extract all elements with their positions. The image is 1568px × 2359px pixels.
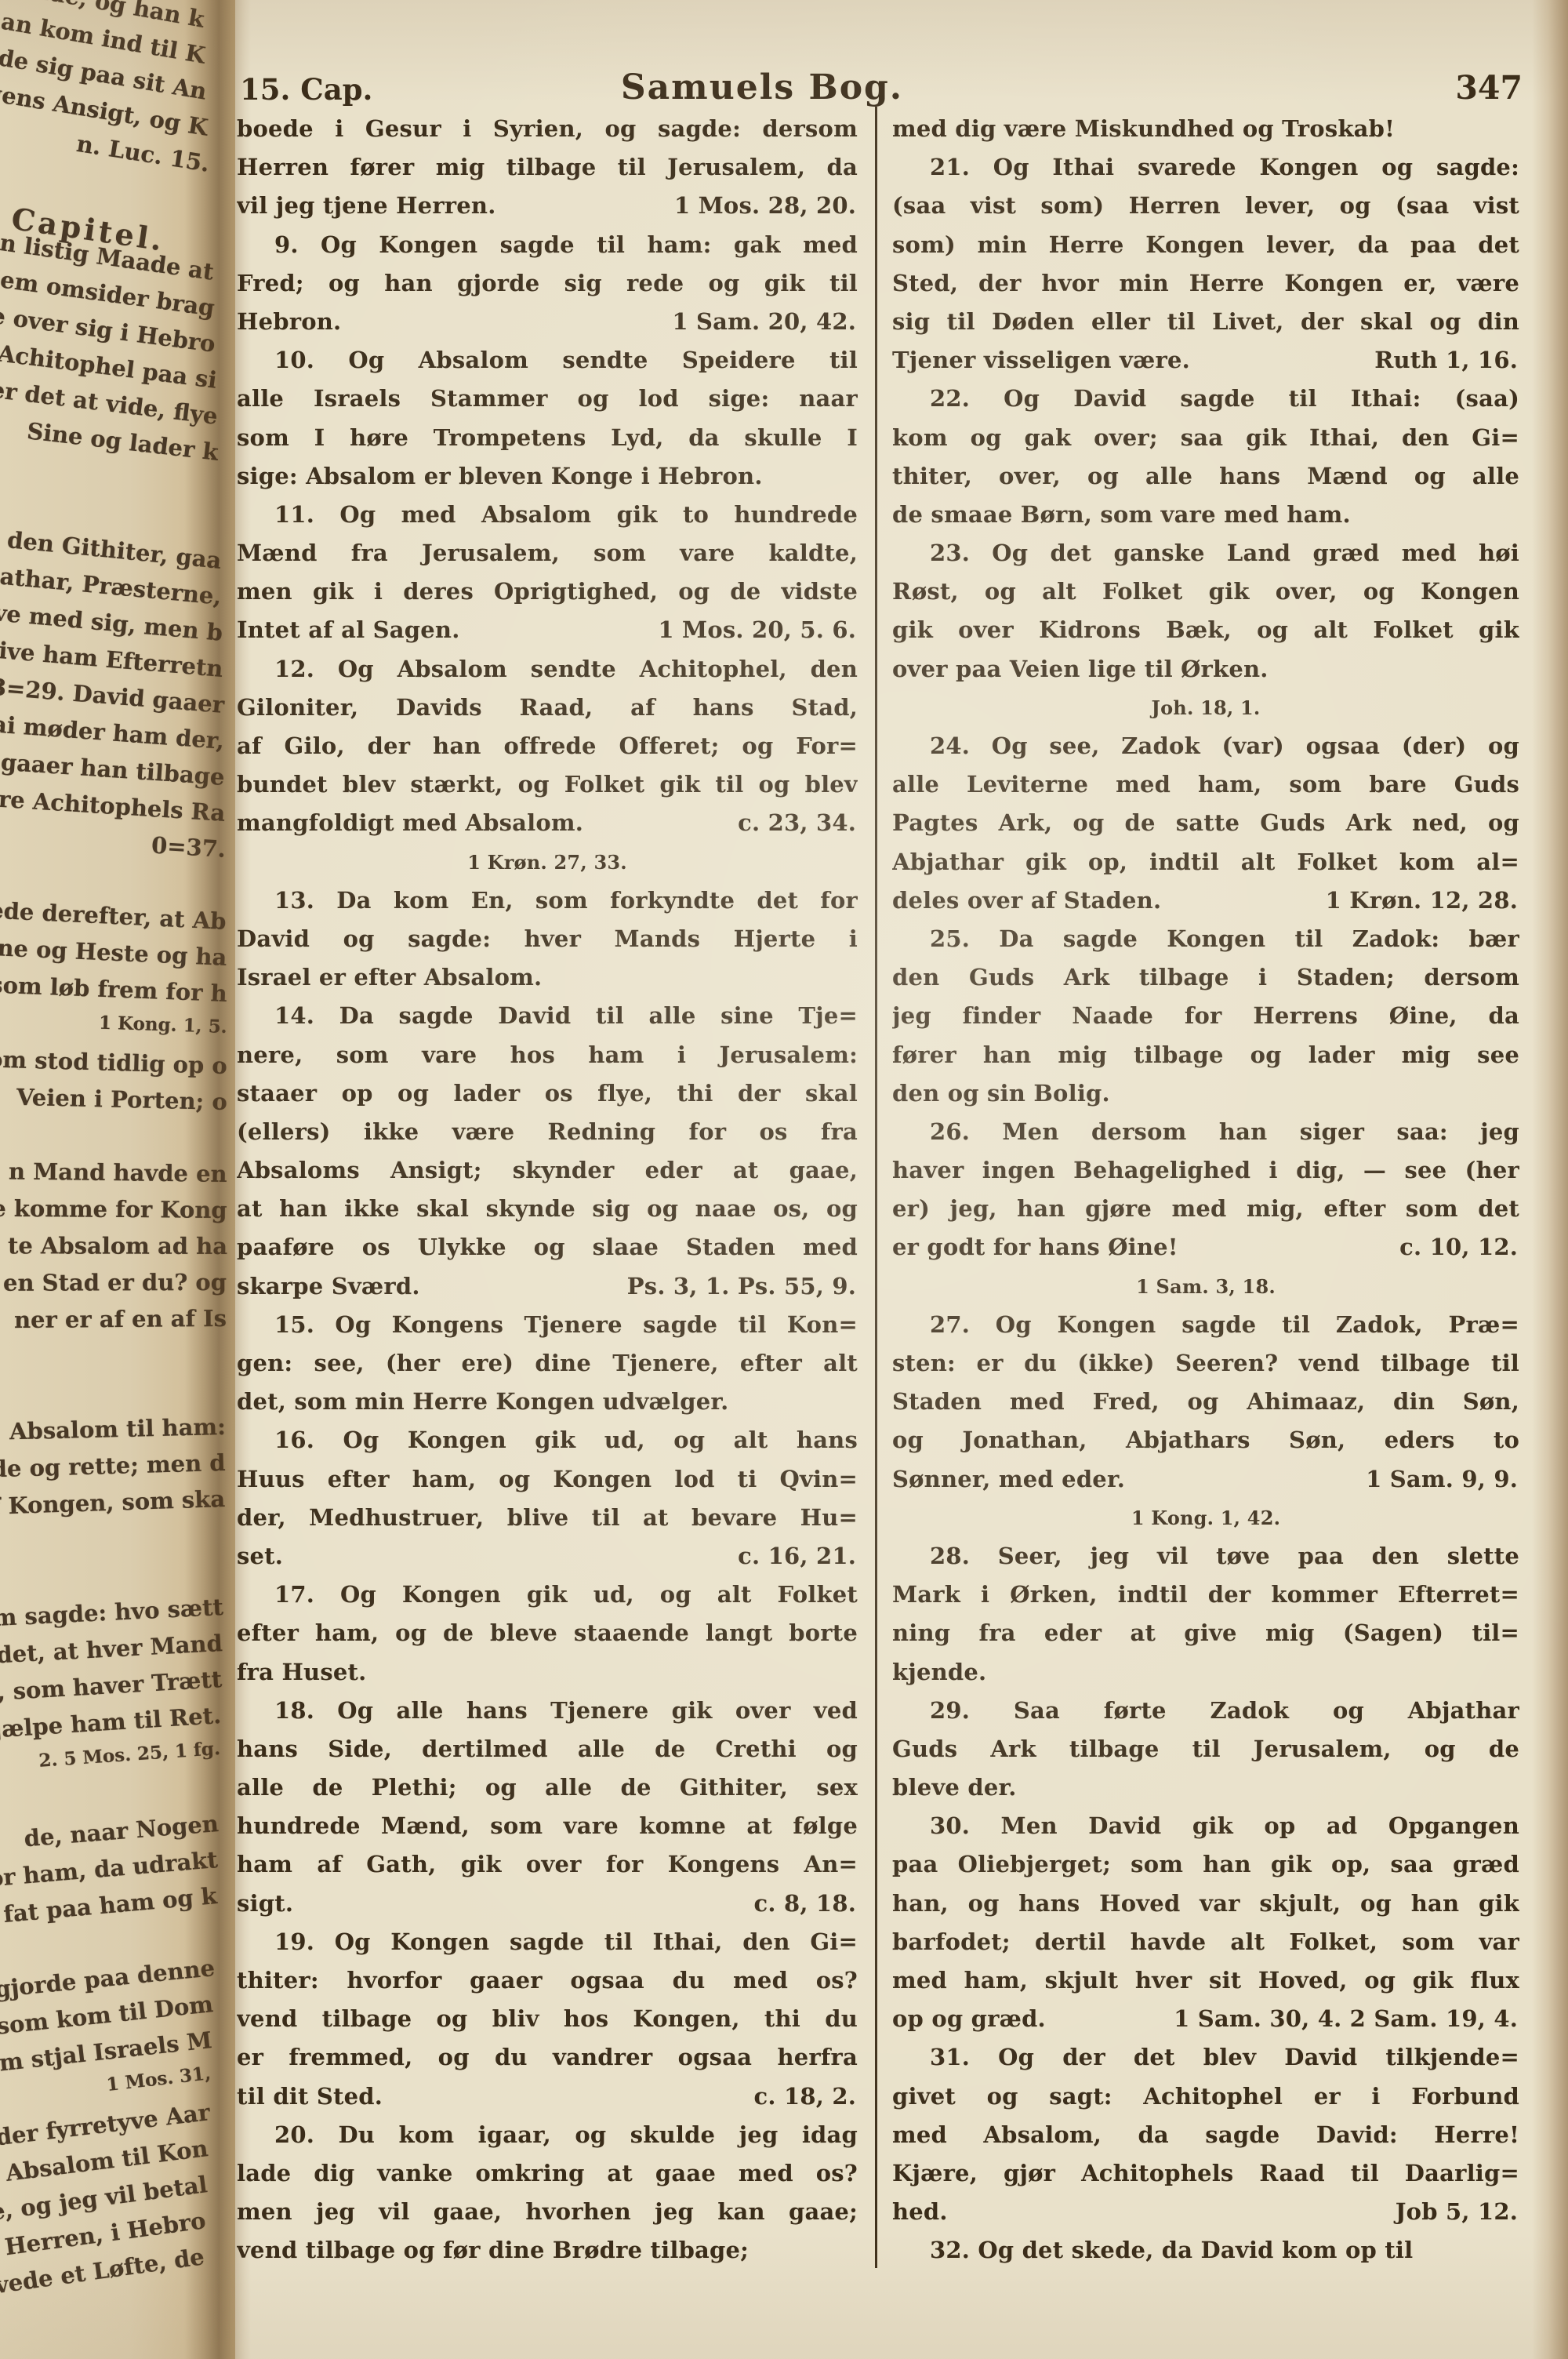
- text-line: bleve der.: [892, 1768, 1519, 1807]
- prev-page-text-fragment: gode og rette; men d: [0, 1449, 226, 1483]
- cross-reference: c. 18, 2.: [754, 2077, 858, 2116]
- prev-page-text-fragment: 1 Mos. 31,: [105, 2063, 212, 2095]
- text-line: thiter: hvorfor gaaer ogsaa du med os?: [237, 1961, 858, 2000]
- prev-page-text-fragment: de komme for Kong: [0, 1195, 227, 1223]
- verse-start-line: 32. Og det skede, da David kom op til: [892, 2231, 1519, 2270]
- text-line: Staden med Fred, og Ahimaaz, din Søn,: [892, 1383, 1519, 1421]
- reference-line: 1 Sam. 3, 18.: [892, 1267, 1519, 1306]
- text-line: det, som min Herre Kongen udvælger.: [237, 1383, 858, 1421]
- text-line: hundrede Mænd, som vare komne at følge: [237, 1807, 858, 1845]
- text-line: Mark i Ørken, indtil der kommer Efterret…: [892, 1576, 1519, 1614]
- verse-text: op og græd.: [892, 2000, 1046, 2038]
- page-edge-shadow: [1532, 0, 1568, 2359]
- verse-end-line: hed.Job 5, 12.: [892, 2193, 1519, 2231]
- prev-page-text-fragment: af Kongen, som ska: [0, 1485, 225, 1520]
- text-line: han, og hans Hoved var skjult, og han gi…: [892, 1885, 1519, 1923]
- text-line: Fred; og han gjorde sig rede og gik til: [237, 264, 858, 303]
- text-line: de smaae Børn, som vare med ham.: [892, 496, 1519, 534]
- verse-end-line: mangfoldigt med Absalom.c. 23, 34.: [237, 804, 858, 842]
- verse-text: set.: [237, 1537, 283, 1576]
- text-line: barfodet; dertil havde alt Folket, som v…: [892, 1923, 1519, 1961]
- verse-start-line: 11. Og med Absalom gik to hundrede: [237, 496, 858, 534]
- verse-end-line: er godt for hans Øine!c. 10, 12.: [892, 1228, 1519, 1267]
- verse-end-line: vil jeg tjene Herren.1 Mos. 28, 20.: [237, 187, 858, 225]
- text-line: paa Oliebjerget; som han gik op, saa græ…: [892, 1845, 1519, 1884]
- text-line: gik over Kidrons Bæk, og alt Folket gik: [892, 611, 1519, 649]
- verse-start-line: 20. Du kom igaar, og skulde jeg idag: [237, 2116, 858, 2154]
- text-line: alle Leviterne med ham, som bare Guds: [892, 765, 1519, 804]
- text-line: kom og gak over; saa gik Ithai, den Gi=: [892, 419, 1519, 457]
- text-line: sig til Døden eller til Livet, der skal …: [892, 303, 1519, 341]
- text-line: men gik i deres Oprigtighed, og de vidst…: [237, 572, 858, 611]
- verse-start-line: 22. Og David sagde til Ithai: (saa): [892, 380, 1519, 418]
- text-line: boede i Gesur i Syrien, og sagde: dersom: [237, 110, 858, 148]
- text-line: kjende.: [892, 1653, 1519, 1692]
- cross-reference: c. 23, 34.: [738, 804, 858, 842]
- verse-start-line: 27. Og Kongen sagde til Zadok, Præ=: [892, 1306, 1519, 1344]
- prev-page-text-fragment: 1 Kong. 1, 5.: [99, 1012, 227, 1038]
- text-line: Røst, og alt Folket gik over, og Kongen: [892, 572, 1519, 611]
- verse-text: deles over af Staden.: [892, 881, 1161, 920]
- verse-end-line: Intet af al Sagen.1 Mos. 20, 5. 6.: [237, 611, 858, 649]
- verse-start-line: 13. Da kom En, som forkyndte det for: [237, 881, 858, 920]
- text-line: haver ingen Behagelighed i dig, — see (h…: [892, 1151, 1519, 1190]
- prev-page-text-fragment: , som løb frem for h: [0, 971, 227, 1007]
- text-line: den og sin Bolig.: [892, 1074, 1519, 1113]
- verse-start-line: 19. Og Kongen sagde til Ithai, den Gi=: [237, 1923, 858, 1961]
- cross-reference: Ruth 1, 16.: [1374, 341, 1519, 380]
- cross-reference: 1 Mos. 28, 20.: [674, 187, 858, 225]
- prev-page-text-fragment: te Absalom ad ha: [8, 1232, 227, 1259]
- reference-line: 1 Krøn. 27, 33.: [237, 843, 858, 881]
- text-line: over paa Veien lige til Ørken.: [892, 650, 1519, 689]
- reference-line: 1 Kong. 1, 42.: [892, 1499, 1519, 1537]
- text-line: sten: er du (ikke) Seeren? vend tilbage …: [892, 1344, 1519, 1383]
- verse-text: er godt for hans Øine!: [892, 1228, 1178, 1267]
- verse-end-line: set.c. 16, 21.: [237, 1537, 858, 1576]
- verse-end-line: til dit Sted.c. 18, 2.: [237, 2077, 858, 2116]
- text-line: som I høre Trompetens Lyd, da skulle I: [237, 419, 858, 457]
- verse-start-line: 26. Men dersom han siger saa: jeg: [892, 1113, 1519, 1151]
- verse-start-line: 14. Da sagde David til alle sine Tje=: [237, 997, 858, 1035]
- verse-end-line: skarpe Sværd.Ps. 3, 1. Ps. 55, 9.: [237, 1267, 858, 1306]
- text-line: efter ham, og de bleve staaende langt bo…: [237, 1614, 858, 1652]
- text-line: Herren fører mig tilbage til Jerusalem, …: [237, 148, 858, 187]
- prev-page-text-fragment: om sagde: hvo sætt: [0, 1594, 224, 1632]
- verse-start-line: 30. Men David gik op ad Opgangen: [892, 1807, 1519, 1845]
- verse-start-line: 28. Seer, jeg vil tøve paa den slette: [892, 1537, 1519, 1576]
- verse-start-line: 23. Og det ganske Land græd med høi: [892, 534, 1519, 572]
- text-line: af Gilo, der han offrede Offeret; og For…: [237, 727, 858, 765]
- text-line: nere, som vare hos ham i Jerusalem:: [237, 1036, 858, 1074]
- cross-reference: c. 10, 12.: [1399, 1228, 1519, 1267]
- verse-start-line: 29. Saa førte Zadok og Abjathar: [892, 1692, 1519, 1730]
- prev-page-text-fragment: hjælpe ham til Ret.: [0, 1702, 222, 1744]
- text-line: fører han mig tilbage og lader mig see: [892, 1036, 1519, 1074]
- text-line: lade dig vanke omkring at gaae med os?: [237, 2154, 858, 2193]
- verse-text: Hebron.: [237, 303, 341, 341]
- prev-page-text-fragment: de, naar Nogen: [24, 1810, 220, 1852]
- text-line: (ellers) ikke være Redning for os fra: [237, 1113, 858, 1151]
- cross-reference: c. 8, 18.: [754, 1885, 858, 1923]
- prev-page-text-fragment: Veien i Porten; o: [16, 1084, 227, 1115]
- verse-text: til dit Sted.: [237, 2077, 383, 2116]
- verse-text: hed.: [892, 2193, 948, 2231]
- text-line: er fremmed, og du vandrer ogsaa herfra: [237, 2038, 858, 2077]
- verse-end-line: Sønner, med eder.1 Sam. 9, 9.: [892, 1460, 1519, 1499]
- verse-text: sigt.: [237, 1885, 293, 1923]
- text-line: er) jeg, han gjøre med mig, efter som de…: [892, 1190, 1519, 1228]
- text-line: gen: see, (her ere) dine Tjenere, efter …: [237, 1344, 858, 1383]
- cross-reference: 1 Mos. 20, 5. 6.: [658, 611, 858, 649]
- text-line: ning fra eder at give mig (Sagen) til=: [892, 1614, 1519, 1652]
- text-line: Abjathar gik op, indtil alt Folket kom a…: [892, 843, 1519, 881]
- text-line: hans Side, dertilmed alle de Crethi og: [237, 1730, 858, 1768]
- verse-text: Intet af al Sagen.: [237, 611, 460, 649]
- verse-text: skarpe Sværd.: [237, 1267, 420, 1306]
- text-line: Kjære, gjør Achitophels Raad til Daarlig…: [892, 2154, 1519, 2193]
- verse-start-line: 21. Og Ithai svarede Kongen og sagde:: [892, 148, 1519, 187]
- verse-text: vil jeg tjene Herren.: [237, 187, 496, 225]
- text-line: men jeg vil gaae, hvorhen jeg kan gaae;: [237, 2193, 858, 2231]
- column-left: boede i Gesur i Syrien, og sagde: dersom…: [237, 110, 858, 2270]
- text-line: staaer op og lader os flye, thi der skal: [237, 1074, 858, 1113]
- cross-reference: 1 Krøn. 12, 28.: [1326, 881, 1519, 920]
- cross-reference: 1 Sam. 9, 9.: [1366, 1460, 1519, 1499]
- page-title: Samuels Bog.: [621, 67, 903, 107]
- text-line: alle de Plethi; og alle de Githiter, sex: [237, 1768, 858, 1807]
- text-line: den Guds Ark tilbage i Staden; dersom: [892, 958, 1519, 997]
- text-line: fra Huset.: [237, 1653, 858, 1692]
- cross-reference: Ps. 3, 1. Ps. 55, 9.: [627, 1267, 858, 1306]
- text-line: Giloniter, Davids Raad, af hans Stad,: [237, 689, 858, 727]
- prev-page-text-fragment: , som haver Trætt: [0, 1666, 223, 1706]
- text-line: med Absalom, da sagde David: Herre!: [892, 2116, 1519, 2154]
- cross-reference: 1 Sam. 20, 42.: [672, 303, 858, 341]
- text-line: Guds Ark tilbage til Jerusalem, og de: [892, 1730, 1519, 1768]
- verse-start-line: 15. Og Kongens Tjenere sagde til Kon=: [237, 1306, 858, 1344]
- text-line: jeg finder Naade for Herrens Øine, da: [892, 997, 1519, 1035]
- prev-page-text-fragment: ede derefter, at Ab: [0, 897, 227, 935]
- verse-start-line: 25. Da sagde Kongen til Zadok: bær: [892, 920, 1519, 958]
- text-line: Sted, der hvor min Herre Kongen er, være: [892, 264, 1519, 303]
- prev-page-text-fragment: Absalom til ham:: [9, 1413, 227, 1445]
- text-line: Huus efter ham, og Kongen lod ti Qvin=: [237, 1460, 858, 1499]
- text-line: med ham, skjult hver sit Hoved, og gik f…: [892, 1961, 1519, 2000]
- verse-start-line: 17. Og Kongen gik ud, og alt Folket: [237, 1576, 858, 1614]
- text-line: vend tilbage og bliv hos Kongen, thi du: [237, 2000, 858, 2038]
- text-line: Pagtes Ark, og de satte Guds Ark ned, og: [892, 804, 1519, 842]
- running-header: 15. Cap. Samuels Bog. 347: [235, 67, 1537, 111]
- verse-end-line: op og græd.1 Sam. 30, 4. 2 Sam. 19, 4.: [892, 2000, 1519, 2038]
- prev-page-text-fragment: 2. 5 Mos. 25, 1 fg.: [38, 1738, 221, 1772]
- verse-start-line: 24. Og see, Zadok (var) ogsaa (der) og: [892, 727, 1519, 765]
- verse-end-line: deles over af Staden.1 Krøn. 12, 28.: [892, 881, 1519, 920]
- prev-page-text-fragment: en Stad er du? og: [3, 1269, 227, 1296]
- prev-page-text-fragment: n Mand havde en: [9, 1158, 227, 1187]
- cross-reference: c. 16, 21.: [738, 1537, 858, 1576]
- chapter-label: 15. Cap.: [240, 72, 372, 107]
- column-right: med dig være Miskundhed og Troskab!21. O…: [892, 110, 1519, 2270]
- verse-start-line: 18. Og alle hans Tjenere gik over ved: [237, 1692, 858, 1730]
- text-line: vend tilbage og før dine Brødre tilbage;: [237, 2231, 858, 2270]
- verse-start-line: 12. Og Absalom sendte Achitophel, den: [237, 650, 858, 689]
- book-page: 15. Cap. Samuels Bog. 347 boede i Gesur …: [235, 0, 1537, 2359]
- text-line: Israel er efter Absalom.: [237, 958, 858, 997]
- verse-text: mangfoldigt med Absalom.: [237, 804, 583, 842]
- text-line: alle Israels Stammer og lod sige: naar: [237, 380, 858, 418]
- verse-end-line: sigt.c. 8, 18.: [237, 1885, 858, 1923]
- text-line: Mænd fra Jerusalem, som vare kaldte,: [237, 534, 858, 572]
- text-line: thiter, over, og alle hans Mænd og alle: [892, 457, 1519, 496]
- prev-page-text-fragment: t gjøre Achitophels Ra: [0, 782, 227, 827]
- text-line: ham af Gath, gik over for Kongens An=: [237, 1845, 858, 1884]
- text-line: givet og sagt: Achitophel er i Forbund: [892, 2077, 1519, 2116]
- prev-page-text-fragment: om stod tidlig op o: [0, 1046, 227, 1079]
- text-line: paaføre os Ulykke og slaae Staden med: [237, 1228, 858, 1267]
- page-number: 347: [1455, 69, 1523, 107]
- cross-reference: Job 5, 12.: [1396, 2193, 1519, 2231]
- prev-page-text-fragment: g fat paa ham og k: [0, 1882, 218, 1930]
- column-divider: [875, 107, 877, 2268]
- verse-start-line: 9. Og Kongen sagde til ham: gak med: [237, 226, 858, 264]
- prev-page-text-fragment: gne og Heste og ha: [0, 934, 227, 971]
- book-photo: ende, og han khan kom ind til Kede sig p…: [0, 0, 1568, 2359]
- verse-text: Sønner, med eder.: [892, 1460, 1125, 1499]
- text-line: David og sagde: hver Mands Hjerte i: [237, 920, 858, 958]
- prev-page-text-fragment: ndet, at hver Mand: [0, 1630, 223, 1669]
- text-line: og Jonathan, Abjathars Søn, eders to: [892, 1421, 1519, 1459]
- verse-start-line: 10. Og Absalom sendte Speidere til: [237, 341, 858, 380]
- prev-page-text-fragment: 0=37.: [151, 832, 227, 863]
- previous-page-edge: ende, og han khan kom ind til Kede sig p…: [0, 0, 235, 2359]
- text-line: Absaloms Ansigt; skynder eder at gaae,: [237, 1151, 858, 1190]
- text-line: som) min Herre Kongen lever, da paa det: [892, 226, 1519, 264]
- prev-page-text-fragment: ner er af en af Is: [14, 1305, 227, 1333]
- verse-start-line: 31. Og der det blev David tilkjende=: [892, 2038, 1519, 2077]
- text-line: sige: Absalom er bleven Konge i Hebron.: [237, 457, 858, 496]
- cross-reference: 1 Sam. 30, 4. 2 Sam. 19, 4.: [1174, 2000, 1519, 2038]
- verse-text: Tjener visseligen være.: [892, 341, 1190, 380]
- verse-end-line: Tjener visseligen være.Ruth 1, 16.: [892, 341, 1519, 380]
- reference-line: Joh. 18, 1.: [892, 689, 1519, 727]
- verse-end-line: Hebron.1 Sam. 20, 42.: [237, 303, 858, 341]
- text-line: med dig være Miskundhed og Troskab!: [892, 110, 1519, 148]
- text-line: at han ikke skal skynde sig og naae os, …: [237, 1190, 858, 1228]
- text-line: der, Medhustruer, blive til at bevare Hu…: [237, 1499, 858, 1537]
- verse-start-line: 16. Og Kongen gik ud, og alt hans: [237, 1421, 858, 1459]
- text-line: bundet blev stærkt, og Folket gik til og…: [237, 765, 858, 804]
- text-line: (saa vist som) Herren lever, og (saa vis…: [892, 187, 1519, 225]
